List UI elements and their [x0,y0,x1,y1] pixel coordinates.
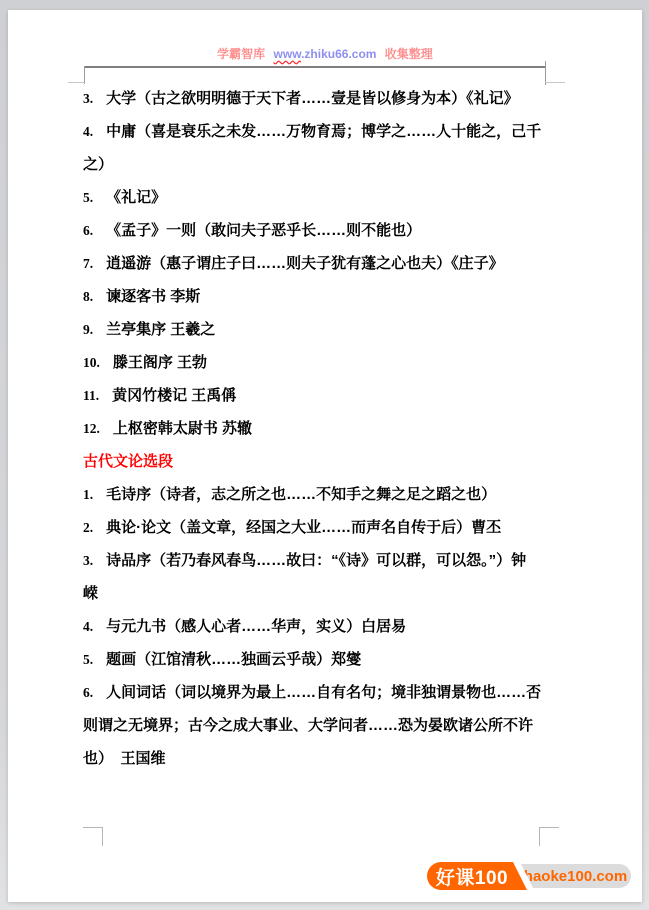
text-boundary-mark-bottom-right [539,827,559,828]
line-number: 9. [83,322,93,337]
document-line: 3.大学（古之欲明明德于天下者……壹是皆以修身为本）《礼记》 [83,82,568,115]
line-text: 黄冈竹楼记 王禹偁 [112,387,236,404]
line-number: 5. [83,652,93,667]
badge-brand-pill: 好课100 [427,862,527,890]
document-line: 7.逍遥游（惠子谓庄子曰……则夫子犹有蓬之心也夫）《庄子》 [83,247,568,280]
line-text: 之） [83,156,113,173]
document-line: 1.毛诗序（诗者，志之所之也……不知手之舞之足之蹈之也） [83,478,568,511]
document-line: 2.典论·论文（盖文章，经国之大业……而声名自传于后）曹丕 [83,511,568,544]
line-text: 滕王阁序 王勃 [113,354,207,371]
line-number: 11. [83,388,99,403]
line-text: 谏逐客书 李斯 [106,288,200,305]
document-line: 4.中庸（喜是衰乐之未发……万物育焉；博学之……人十能之，己千 [83,115,568,148]
document-line: 4.与元九书（感人心者……华声，实义）白居易 [83,610,568,643]
line-number: 8. [83,289,93,304]
text-boundary-mark-bottom-right [539,827,540,846]
line-number: 10. [83,355,100,370]
line-number: 7. [83,256,93,271]
footer-badge[interactable]: haoke100.com 好课100 [427,862,639,890]
line-text: 则谓之无境界；古今之成大事业、大学问者……恐为晏欧诸公所不许 [83,717,533,734]
text-boundary-mark-bottom-left [83,827,103,828]
line-number: 4. [83,124,93,139]
section-heading-text: 古代文论选段 [83,453,173,470]
line-text: 中庸（喜是衰乐之未发……万物育焉；博学之……人十能之，己千 [106,123,541,140]
document-line: 5.题画（江馆清秋……独画云乎哉）郑燮 [83,643,568,676]
line-text: 诗品序（若乃春风春鸟……故曰：“《诗》可以群，可以怨。”）钟 [106,552,526,569]
section-heading: 古代文论选段 [83,445,568,478]
line-number: 1. [83,487,93,502]
line-number: 12. [83,421,100,436]
line-number: 3. [83,553,93,568]
header-rule [84,66,545,68]
line-text: 嵘 [83,585,98,602]
document-line: 12.上枢密韩太尉书 苏辙 [83,412,568,445]
line-number: 6. [83,685,93,700]
document-line: 则谓之无境界；古今之成大事业、大学问者……恐为晏欧诸公所不许 [83,709,568,742]
document-line: 10.滕王阁序 王勃 [83,346,568,379]
watermark-brand: 学霸智库 [217,47,265,61]
line-text: 人间词话（词以境界为最上……自有名句；境非独谓景物也……否 [106,684,541,701]
line-number: 6. [83,223,93,238]
watermark-url[interactable]: www.zhiku66.com [274,47,377,61]
watermark-url-www[interactable]: www [274,47,302,61]
text-boundary-mark-bottom-left [102,827,103,846]
watermark-header: 学霸智库 www.zhiku66.com 收集整理 [8,45,642,62]
document-line: 3.诗品序（若乃春风春鸟……故曰：“《诗》可以群，可以怨。”）钟 [83,544,568,577]
document-line: 嵘 [83,577,568,610]
document-body: 3.大学（古之欲明明德于天下者……壹是皆以修身为本）《礼记》4.中庸（喜是衰乐之… [83,82,568,775]
line-text: 典论·论文（盖文章，经国之大业……而声名自传于后）曹丕 [106,519,501,536]
document-line: 5.《礼记》 [83,181,568,214]
line-text: 题画（江馆清秋……独画云乎哉）郑燮 [106,651,361,668]
line-number: 2. [83,520,93,535]
line-number: 4. [83,619,93,634]
line-text: 兰亭集序 王羲之 [106,321,215,338]
line-text: 《孟子》一则（敢问夫子恶乎长……则不能也） [106,222,421,239]
badge-site-text: haoke100.com [524,868,627,885]
line-text: 与元九书（感人心者……华声，实义）白居易 [106,618,406,635]
document-line: 6.《孟子》一则（敢问夫子恶乎长……则不能也） [83,214,568,247]
watermark-suffix: 收集整理 [385,47,433,61]
document-line: 之） [83,148,568,181]
document-page: 学霸智库 www.zhiku66.com 收集整理 3.大学（古之欲明明德于天下… [8,10,642,902]
document-line: 9.兰亭集序 王羲之 [83,313,568,346]
document-line: 也） 王国维 [83,742,568,775]
line-text: 大学（古之欲明明德于天下者……壹是皆以修身为本）《礼记》 [106,90,519,107]
line-text: 毛诗序（诗者，志之所之也……不知手之舞之足之蹈之也） [106,486,496,503]
badge-brand-text: 好课100 [436,863,508,890]
line-text: 《礼记》 [106,189,166,206]
line-number: 5. [83,190,93,205]
document-line: 11.黄冈竹楼记 王禹偁 [83,379,568,412]
watermark-url-domain[interactable]: .zhiku66.com [301,47,376,61]
line-text: 也） 王国维 [83,750,166,767]
line-text: 逍遥游（惠子谓庄子曰……则夫子犹有蓬之心也夫）《庄子》 [106,255,504,272]
line-number: 3. [83,91,93,106]
document-line: 6.人间词话（词以境界为最上……自有名句；境非独谓景物也……否 [83,676,568,709]
line-text: 上枢密韩太尉书 苏辙 [113,420,252,437]
document-line: 8.谏逐客书 李斯 [83,280,568,313]
